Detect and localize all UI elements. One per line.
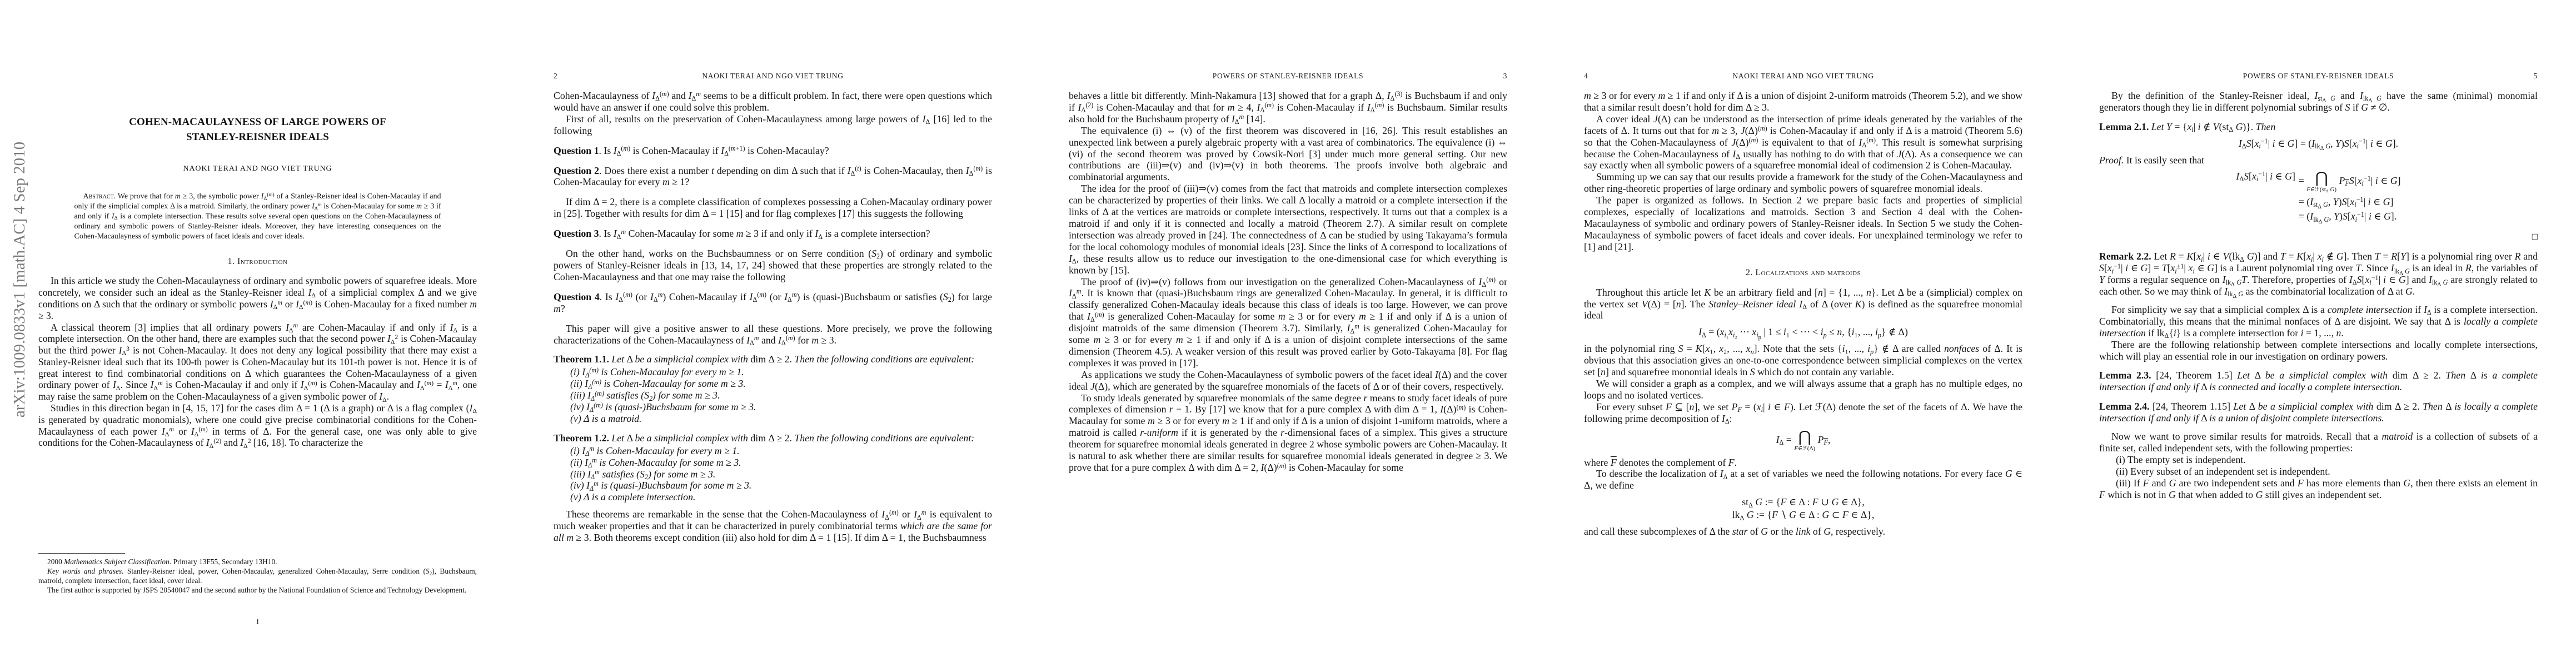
- page-4-column: m ≥ 3 or for every m ≥ 1 if and only if …: [1584, 90, 2022, 537]
- paragraph: If dim Δ = 2, there is a complete classi…: [554, 196, 992, 220]
- theorem-item: (ii) IΔm is Cohen-Macaulay for some m ≥ …: [554, 457, 992, 469]
- paragraph: There are the following relationship bet…: [2099, 339, 2538, 362]
- running-head: 2 NAOKI TERAI AND NGO VIET TRUNG: [554, 72, 992, 81]
- section-heading-localizations: 2. Localizations and matroids: [1584, 267, 2022, 279]
- running-head-spacer: [1069, 72, 1213, 81]
- running-head: 4 NAOKI TERAI AND NGO VIET TRUNG: [1584, 72, 2022, 81]
- paragraph: By the definition of the Stanley-Reisner…: [2099, 90, 2538, 113]
- paragraph: behaves a little bit differently. Minh-N…: [1069, 90, 1507, 125]
- paragraph: On the other hand, works on the Buchsbau…: [554, 248, 992, 283]
- paragraph: These theorems are remarkable in the sen…: [554, 509, 992, 544]
- display-equation: lkΔ G := {F ∖ G ∈ Δ : G ⊂ F ∈ Δ},: [1584, 509, 2022, 521]
- question-1: Question 1. Is IΔ(m) is Cohen-Macaulay i…: [554, 145, 992, 157]
- matroid-property-item: (i) The empty set is independent.: [2099, 454, 2538, 466]
- running-head-page-number: 2: [554, 72, 702, 81]
- running-head-spacer: [1874, 72, 2022, 81]
- matroid-property-item: (iii) If F and G are two independent set…: [2099, 477, 2538, 501]
- running-head-page-number: 3: [1363, 72, 1507, 81]
- theorem-item: (iv) IΔ(m) is (quasi-)Buchsbaum for some…: [554, 401, 992, 413]
- page-2: 2 NAOKI TERAI AND NGO VIET TRUNG Cohen-M…: [515, 0, 1030, 667]
- paragraph: To describe the localization of IΔ at a …: [1584, 468, 2022, 491]
- display-equation: IΔ = (xi₁xi₂ ⋯ xip | 1 ≤ i₁ < ⋯ < ip ≤ n…: [1584, 326, 2022, 338]
- equation-lhs: IΔS[xi−1| i ∈ G]: [2236, 171, 2295, 193]
- paragraph: A cover ideal J(Δ) can be understood as …: [1584, 113, 2022, 172]
- theorem-item: (i) IΔ(m) is Cohen-Macaulay for every m …: [554, 366, 992, 378]
- paragraph: The proof of (iv)⇒(v) follows from our i…: [1069, 276, 1507, 369]
- display-equation: IΔS[xi−1| i ∈ G] = (IlkΔ G, Y)S[xi−1| i …: [2099, 138, 2538, 150]
- page-5: POWERS OF STANLEY-REISNER IDEALS 5 By th…: [2061, 0, 2576, 667]
- qed-symbol: □: [2099, 231, 2538, 243]
- page-4: 4 NAOKI TERAI AND NGO VIET TRUNG m ≥ 3 o…: [1546, 0, 2061, 667]
- running-head-spacer: [2099, 72, 2243, 81]
- aligned-equations: IΔS[xi−1| i ∈ G] = ⋂F∈ℱ(stΔ G) PFS[xi−1|…: [2099, 171, 2538, 223]
- paragraph: The idea for the proof of (iii)⇒(v) come…: [1069, 183, 1507, 276]
- abstract: Abstract. We prove that for m ≥ 3, the s…: [74, 192, 441, 242]
- equation-lhs: [2236, 211, 2295, 222]
- theorem-item: (v) Δ is a matroid.: [554, 413, 992, 425]
- page-1: COHEN-MACAULAYNESS OF LARGE POWERS OF ST…: [0, 0, 515, 667]
- question-2: Question 2. Does there exist a number t …: [554, 165, 992, 188]
- paragraph: m ≥ 3 or for every m ≥ 1 if and only if …: [1584, 90, 2022, 113]
- theorem-item: (ii) IΔ(m) is Cohen-Macaulay for some m …: [554, 378, 992, 390]
- lemma-2-4: Lemma 2.4. [24, Theorem 1.15] Let Δ be a…: [2099, 401, 2538, 424]
- authors: NAOKI TERAI AND NGO VIET TRUNG: [38, 163, 477, 175]
- paragraph: For every subset F ⊆ [n], we set PF = (x…: [1584, 401, 2022, 425]
- display-equation: stΔ G := {F ∈ Δ : F ∪ G ∈ Δ},: [1584, 496, 2022, 508]
- paragraph: where F denotes the complement of F.: [1584, 457, 2022, 469]
- arxiv-preprint-canvas: arXiv:1009.0833v1 [math.AC] 4 Sep 2010 C…: [0, 0, 2576, 667]
- equation-lhs: [2236, 196, 2295, 208]
- paragraph: and call these subcomplexes of Δ the sta…: [1584, 526, 2022, 537]
- arxiv-watermark: arXiv:1009.0833v1 [math.AC] 4 Sep 2010: [11, 108, 29, 451]
- paragraph: In this article we study the Cohen-Macau…: [38, 275, 477, 321]
- equation-rhs: = ⋂F∈ℱ(stΔ G) PFS[xi−1| i ∈ G]: [2299, 171, 2401, 193]
- paragraph: Throughout this article let K be an arbi…: [1584, 287, 2022, 322]
- running-head-title: POWERS OF STANLEY-REISNER IDEALS: [1213, 72, 1363, 81]
- paragraph: The paper is organized as follows. In Se…: [1584, 195, 2022, 253]
- page-3-column: behaves a little bit differently. Minh-N…: [1069, 90, 1507, 474]
- theorem-item: (iii) IΔ(m) satisfies (S2) for some m ≥ …: [554, 390, 992, 401]
- equation-rhs: = (IstΔ G, Y)S[xi−1| i ∈ G]: [2299, 196, 2401, 208]
- paragraph: This paper will give a positive answer t…: [554, 323, 992, 346]
- paragraph: Studies in this direction began in [4, 1…: [38, 402, 477, 449]
- paper-title-line-1: COHEN-MACAULAYNESS OF LARGE POWERS OF: [38, 115, 477, 130]
- page-number: 1: [0, 618, 515, 627]
- footnote-keywords: Key words and phrases. Stanley-Reisner i…: [38, 566, 477, 585]
- theorem-1-2-heading: Theorem 1.2. Let Δ be a simplicial compl…: [554, 432, 992, 444]
- paragraph: For simplicity we say that a simplicial …: [2099, 304, 2538, 339]
- paragraph: Now we want to prove similar results for…: [2099, 431, 2538, 454]
- paragraph: To study ideals generated by squarefree …: [1069, 392, 1507, 474]
- section-heading-introduction: 1. Introduction: [38, 256, 477, 268]
- paragraph: As applications we study the Cohen-Macau…: [1069, 369, 1507, 392]
- paragraph: We will consider a graph as a complex, a…: [1584, 378, 2022, 401]
- page-5-column: By the definition of the Stanley-Reisner…: [2099, 90, 2538, 500]
- theorem-1-1-heading: Theorem 1.1. Let Δ be a simplicial compl…: [554, 354, 992, 365]
- footnote-block: 2000 Mathematics Subject Classification.…: [38, 553, 477, 595]
- running-head-page-number: 4: [1584, 72, 1732, 81]
- running-head-title: NAOKI TERAI AND NGO VIET TRUNG: [1732, 72, 1874, 81]
- running-head: POWERS OF STANLEY-REISNER IDEALS 5: [2099, 72, 2538, 81]
- footnote-rule: [38, 553, 125, 554]
- running-head: POWERS OF STANLEY-REISNER IDEALS 3: [1069, 72, 1507, 81]
- running-head-title: NAOKI TERAI AND NGO VIET TRUNG: [702, 72, 843, 81]
- matroid-property-item: (ii) Every subset of an independent set …: [2099, 466, 2538, 477]
- paragraph: A classical theorem [3] implies that all…: [38, 322, 477, 403]
- running-head-spacer: [844, 72, 992, 81]
- paragraph: The equivalence (i) ⇔ (v) of the first t…: [1069, 125, 1507, 183]
- question-3: Question 3. Is IΔm Cohen-Macaulay for so…: [554, 228, 992, 240]
- running-head-title: POWERS OF STANLEY-REISNER IDEALS: [2243, 72, 2394, 81]
- display-equation: IΔ = ⋂F∈ℱ(Δ) PF,: [1584, 430, 2022, 452]
- lemma-2-3: Lemma 2.3. [24, Theorem 1.5] Let Δ be a …: [2099, 370, 2538, 393]
- lemma-2-1: Lemma 2.1. Let Y = {xi| i ∉ V(stΔ G)}. T…: [2099, 121, 2538, 133]
- paper-title-line-2: STANLEY-REISNER IDEALS: [38, 130, 477, 145]
- footnote-support: The first author is supported by JSPS 20…: [38, 585, 477, 595]
- question-4: Question 4. Is IΔ(m) (or IΔm) Cohen-Maca…: [554, 291, 992, 315]
- proof-intro: Proof. It is easily seen that: [2099, 155, 2538, 166]
- footnote-msc: 2000 Mathematics Subject Classification.…: [38, 557, 477, 566]
- page-1-column: COHEN-MACAULAYNESS OF LARGE POWERS OF ST…: [38, 0, 477, 449]
- paragraph: First of all, results on the preservatio…: [554, 113, 992, 137]
- page-2-column: Cohen-Macaulayness of IΔ(m) and IΔm seem…: [554, 90, 992, 544]
- page-3: POWERS OF STANLEY-REISNER IDEALS 3 behav…: [1030, 0, 1546, 667]
- theorem-item: (i) IΔm is Cohen-Macaulay for every m ≥ …: [554, 445, 992, 457]
- paragraph: in the polynomial ring S = K[x₁, x₂, ...…: [1584, 343, 2022, 378]
- equation-rhs: = (IlkΔ G, Y)S[xi−1| i ∈ G].: [2299, 211, 2401, 222]
- remark-2-2: Remark 2.2. Let R = K[xi| i ∈ V(lkΔ G)] …: [2099, 251, 2538, 297]
- paragraph: Cohen-Macaulayness of IΔ(m) and IΔm seem…: [554, 90, 992, 113]
- theorem-item: (iv) IΔm is (quasi-)Buchsbaum for some m…: [554, 480, 992, 491]
- running-head-page-number: 5: [2394, 72, 2538, 81]
- paragraph: Summing up we can say that our results p…: [1584, 171, 2022, 195]
- theorem-item: (v) Δ is a complete intersection.: [554, 491, 992, 503]
- theorem-item: (iii) IΔm satisfies (S2) for some m ≥ 3.: [554, 469, 992, 480]
